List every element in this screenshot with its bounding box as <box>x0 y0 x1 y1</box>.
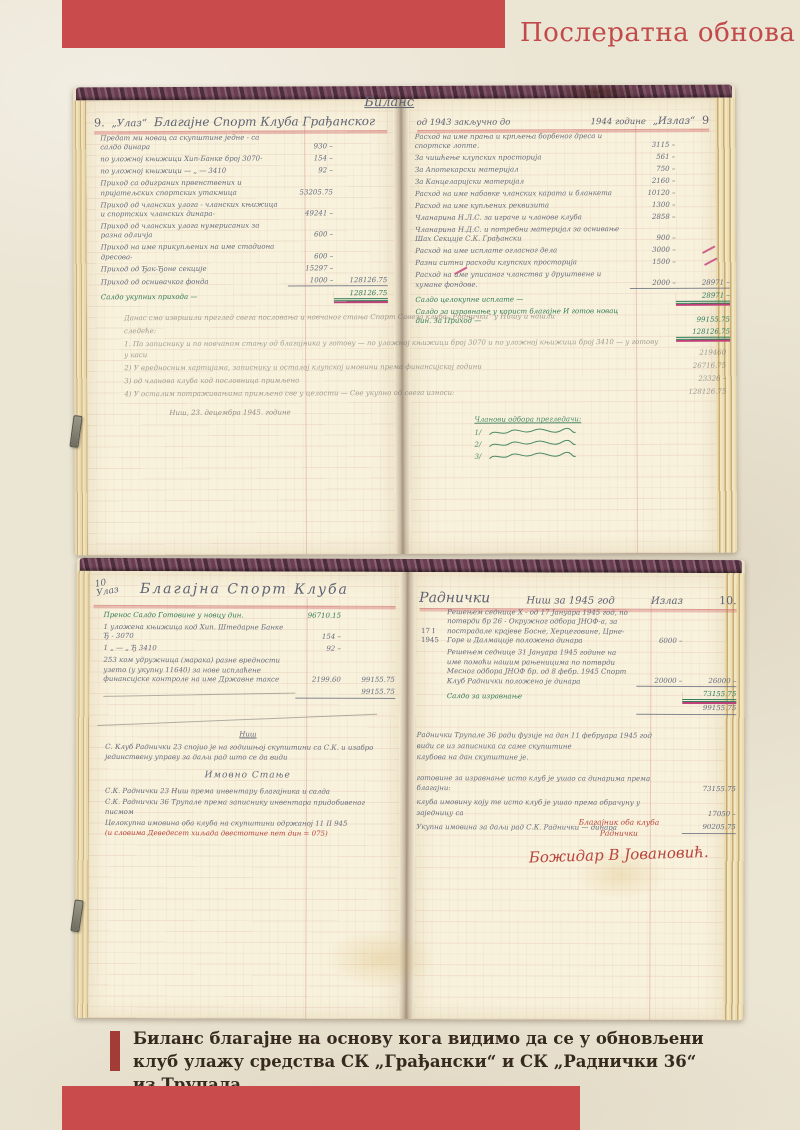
note-date: Ниш, 23. децембра 1945. године <box>169 408 290 417</box>
ledger-row: 1 „ — „ Ђ 3410 92 – <box>103 644 395 654</box>
note-row: Данас смо извршили преглед свега послова… <box>124 311 726 324</box>
note-row: 2) У вредносним хартијама, записнику и о… <box>124 360 726 373</box>
ledger-row: Чланарина Н.Д.С. и потребни материјал за… <box>415 225 730 245</box>
signature-row: 3/ <box>475 450 705 463</box>
book-spine-shadow <box>398 572 416 1019</box>
ulaz-label: „Улаз“ <box>112 118 147 129</box>
ledger-row: Расход на име набавке чланских карата и … <box>415 189 730 200</box>
ledger-row: Приход од чланских улога нумерисаних за … <box>101 221 388 241</box>
page-number-left: 9. <box>94 116 105 129</box>
ledger-row: 99155.75 <box>103 687 395 698</box>
ledger-photo-1943-1944: 9. „Улаз“ Благајне Спорт Клуба Грађанско… <box>73 85 737 556</box>
signature-squiggle <box>487 439 577 449</box>
place-year: Ниш за 1945 год <box>526 595 614 606</box>
note-row: следеће: <box>124 324 726 337</box>
ledger-row: Приход са одиграних првенствених и прија… <box>100 178 387 198</box>
page-header-right: Раднички Ниш за 1945 год Излаз 10. <box>419 580 737 610</box>
ledger-spread: 10 Улаз Благајна Спорт Клуба Пренос Салд… <box>75 571 745 1020</box>
club-name: Раднички <box>419 590 490 606</box>
fusion-lines: Раднички Трупале 36 ради фузије на дан 1… <box>417 730 737 764</box>
ledger-row: готовине за изравнање исто клуб је ушао … <box>416 773 736 796</box>
signature-row: 1/ <box>474 426 704 439</box>
ledger-row: Чланарина Н.Л.С. за играче и чланове клу… <box>415 213 730 224</box>
bilans-title: Биланс <box>364 95 414 110</box>
page-number-right: 10. <box>719 594 737 607</box>
ledger-row: Приход од оснивачког фонда 1000 – 128126… <box>101 276 388 288</box>
note-row: 4) У осталим потраживањима примљено све … <box>124 386 726 399</box>
merger-paragraph: С. Клуб Раднички 23 спојио је на годишњо… <box>105 741 391 763</box>
page-header-right: од 1943 закључно до 1944 године „Излаз“ … <box>417 103 710 131</box>
treasurer-title: Благајник оба клуба <box>514 816 724 828</box>
fusion-line: клубова на дан скупштине је. <box>417 752 737 764</box>
page-header-left: 10 Улаз Благајна Спорт Клуба <box>94 579 396 607</box>
ledger-row: Разни ситни расходи клупских просторија … <box>415 258 730 269</box>
ledger-row: Салдо целокупне исплате — 28971 – <box>415 291 730 305</box>
ledger-row: Расход на име уписаног чланства у друштв… <box>415 270 730 290</box>
imovno-line: С.К. Раднички 36 Трупале према записнику… <box>105 796 391 818</box>
period-to: 1944 године <box>591 117 646 127</box>
book-page: Послератна обнова 9. „Улаз“ Благајне Спо… <box>0 0 800 1130</box>
imovno-line: С.К. Раднички 23 Ниш према инвентару бла… <box>105 786 391 797</box>
footer-accent-bar <box>62 1086 580 1130</box>
income-entries: Предат ми новац са скупштине једне - са … <box>100 133 387 305</box>
signature-block: Чланови одбора прегледачи: 1/ 2/ 3/ <box>474 415 704 463</box>
signature-squiggle <box>487 451 577 461</box>
signatures-heading: Чланови одбора прегледачи: <box>474 415 704 424</box>
ledger-row: 17 I 1945 Решењем седнице X - од 17 Јану… <box>421 608 737 647</box>
ledger-row: Приход од Ђак-Ђоне секције 15297 – <box>101 264 388 275</box>
ledger-row: Салдо за изравнање 73155.75 <box>421 689 737 703</box>
note-row: 1. По записнику и по новчаном стању од б… <box>124 337 726 361</box>
treasurer-signature-block: Благајник оба клуба Раднички Божидар В Ј… <box>514 816 724 866</box>
treasurer-signature: Божидар В Јовановић. <box>513 840 724 869</box>
imovno-lines: С.К. Раднички 23 Ниш према инвентару бла… <box>105 786 391 829</box>
ledger-row: 253 ком удружница (марака) разне вреднос… <box>103 656 395 685</box>
ledger-row: Салдо укупних прихода — 128126.75 <box>101 289 388 303</box>
ledger-row: Расход на име прања и крпљења борбеног д… <box>415 132 730 152</box>
ledger-row: За чишћење клупских просторија 561 – <box>415 153 730 164</box>
imovno-heading: Имовно Стање <box>105 768 391 782</box>
amount-in-words-red: (и словима Деведесет хиљада двестотине п… <box>105 828 391 839</box>
ledger-row: Приход од чланских улога - чланских књиж… <box>100 200 387 220</box>
ledger-row: Решењем седнице 31 Јануара 1945 године н… <box>421 648 737 687</box>
fusion-line: види се из записника са саме скупштине <box>417 741 737 753</box>
nis-section: Ниш С. Клуб Раднички 23 спојио је на год… <box>105 729 391 839</box>
treasurer-club: Раднички <box>514 828 724 840</box>
caption-accent-bar <box>110 1031 120 1071</box>
ledger-row: 1 уложена књижица код Хип. Штедарне Банк… <box>104 623 396 643</box>
ledger-page-right-1945: Раднички Ниш за 1945 год Излаз 10. 17 I … <box>414 572 725 1020</box>
izlaz-label: Излаз <box>651 596 683 607</box>
left-entries: Пренос Салдо Готовине у новцу дин. 96710… <box>103 611 395 701</box>
ledger-row: За Апотекарски материјал 750 – <box>415 165 730 176</box>
ledger-row: Приход на име прикупљених на име стадион… <box>101 242 388 262</box>
header-accent-bar <box>62 0 505 48</box>
ledger-row: по уложној књижици Хип-Банке број 3070- … <box>100 154 387 165</box>
signature-squiggle <box>487 427 577 437</box>
club-name: Благајне Спорт Клуба Грађанског <box>154 114 375 129</box>
hand-drawn-line <box>97 714 377 726</box>
page-title: Послератна обнова <box>520 18 795 48</box>
ledger-row: Предат ми новац са скупштине једне - са … <box>100 133 387 153</box>
audit-notes: Данас смо извршили преглед свега послова… <box>124 311 726 402</box>
club-title: Благајна Спорт Клуба <box>94 581 396 598</box>
signature-row: 2/ <box>475 438 705 451</box>
nis-heading: Ниш <box>105 729 391 740</box>
ledger-row: Пренос Салдо Готовине у новцу дин. 96710… <box>104 611 396 621</box>
right-entries: 17 I 1945 Решењем седнице X - од 17 Јану… <box>421 608 737 717</box>
page-number-right: 9 <box>702 114 709 127</box>
page-header-left: 9. „Улаз“ Благајне Спорт Клуба Грађанско… <box>94 104 387 132</box>
period-from: од 1943 закључно до <box>417 118 511 128</box>
signature-list: 1/ 2/ 3/ <box>474 426 704 463</box>
ledger-page-left-1945: 10 Улаз Благајна Спорт Клуба Пренос Салд… <box>88 571 399 1019</box>
ledger-photo-1945: 10 Улаз Благајна Спорт Клуба Пренос Салд… <box>75 558 745 1020</box>
ledger-row: Расход на име исплате огласног дела 3000… <box>415 246 730 257</box>
ledger-row: по уложној књижици — „ — 3410 92 – <box>100 166 387 177</box>
note-row: 3) од чланова клуба код пословница примљ… <box>124 373 726 386</box>
izlaz-label: „Излаз“ <box>653 116 695 127</box>
ledger-row: За Канцеларијски материјал 2160 – <box>415 177 730 188</box>
ledger-row: 99155.75 <box>421 703 737 715</box>
ledger-row: Расход на име купљених реквизита 1300 – <box>415 201 730 212</box>
